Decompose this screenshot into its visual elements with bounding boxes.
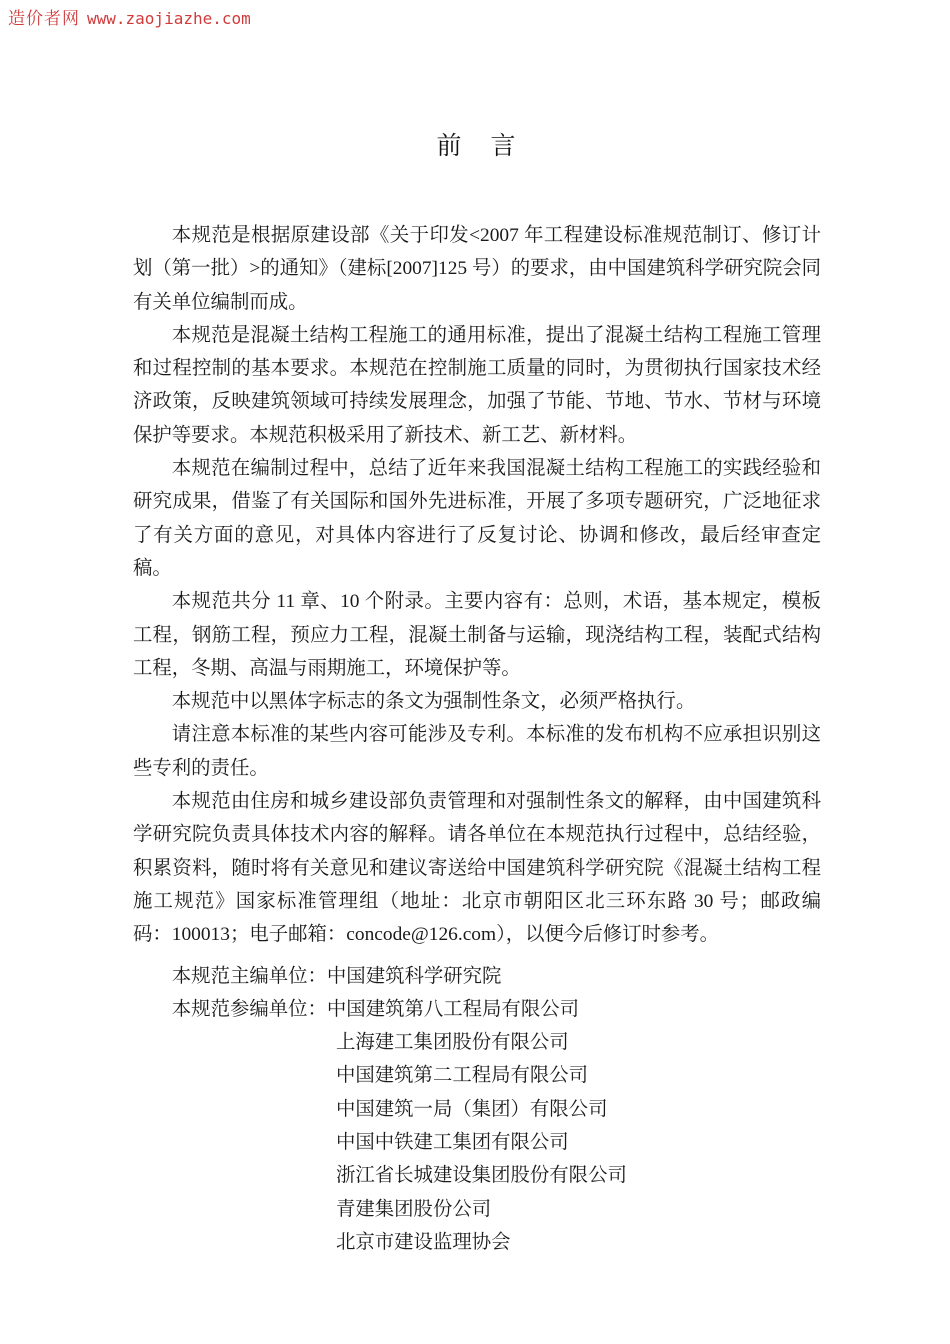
participating-unit: 中国建筑一局（集团）有限公司 <box>133 1093 821 1126</box>
page-title: 前 言 <box>133 131 821 162</box>
chief-editor-line: 本规范主编单位：中国建筑科学研究院 <box>133 960 821 993</box>
paragraph: 本规范在编制过程中，总结了近年来我国混凝土结构工程施工的实践经验和研究成果，借鉴… <box>133 452 821 585</box>
paragraph: 本规范中以黑体字标志的条文为强制性条文，必须严格执行。 <box>133 685 821 718</box>
participating-editor-label: 本规范参编单位： <box>172 999 327 1020</box>
participating-unit: 上海建工集团股份有限公司 <box>133 1026 821 1059</box>
preface-body: 本规范是根据原建设部《关于印发<2007 年工程建设标准规范制订、修订计划（第一… <box>133 219 821 952</box>
paragraph: 请注意本标准的某些内容可能涉及专利。本标准的发布机构不应承担识别这些专利的责任。 <box>133 718 821 785</box>
participating-unit: 青建集团股份公司 <box>133 1193 821 1226</box>
paragraph: 本规范由住房和城乡建设部负责管理和对强制性条文的解释，由中国建筑科学研究院负责具… <box>133 785 821 951</box>
participating-unit: 北京市建设监理协会 <box>133 1226 821 1259</box>
chief-editor-label: 本规范主编单位： <box>172 966 327 987</box>
chief-editor-value: 中国建筑科学研究院 <box>327 966 502 987</box>
participating-unit: 中国建筑第八工程局有限公司 <box>327 999 579 1020</box>
paragraph: 本规范是根据原建设部《关于印发<2007 年工程建设标准规范制订、修订计划（第一… <box>133 219 821 319</box>
participating-unit: 中国中铁建工集团有限公司 <box>133 1126 821 1159</box>
participating-unit: 中国建筑第二工程局有限公司 <box>133 1059 821 1092</box>
paragraph: 本规范是混凝土结构工程施工的通用标准，提出了混凝土结构工程施工管理和过程控制的基… <box>133 319 821 452</box>
participating-unit: 浙江省长城建设集团股份有限公司 <box>133 1159 821 1192</box>
document-page: 前 言 本规范是根据原建设部《关于印发<2007 年工程建设标准规范制订、修订计… <box>133 0 821 1259</box>
participating-editor-line: 本规范参编单位：中国建筑第八工程局有限公司 <box>133 993 821 1026</box>
watermark-site-name: 造价者网 <box>8 9 80 28</box>
editors-section: 本规范主编单位：中国建筑科学研究院 本规范参编单位：中国建筑第八工程局有限公司 … <box>133 960 821 1260</box>
paragraph: 本规范共分 11 章、10 个附录。主要内容有：总则，术语，基本规定，模板工程，… <box>133 585 821 685</box>
